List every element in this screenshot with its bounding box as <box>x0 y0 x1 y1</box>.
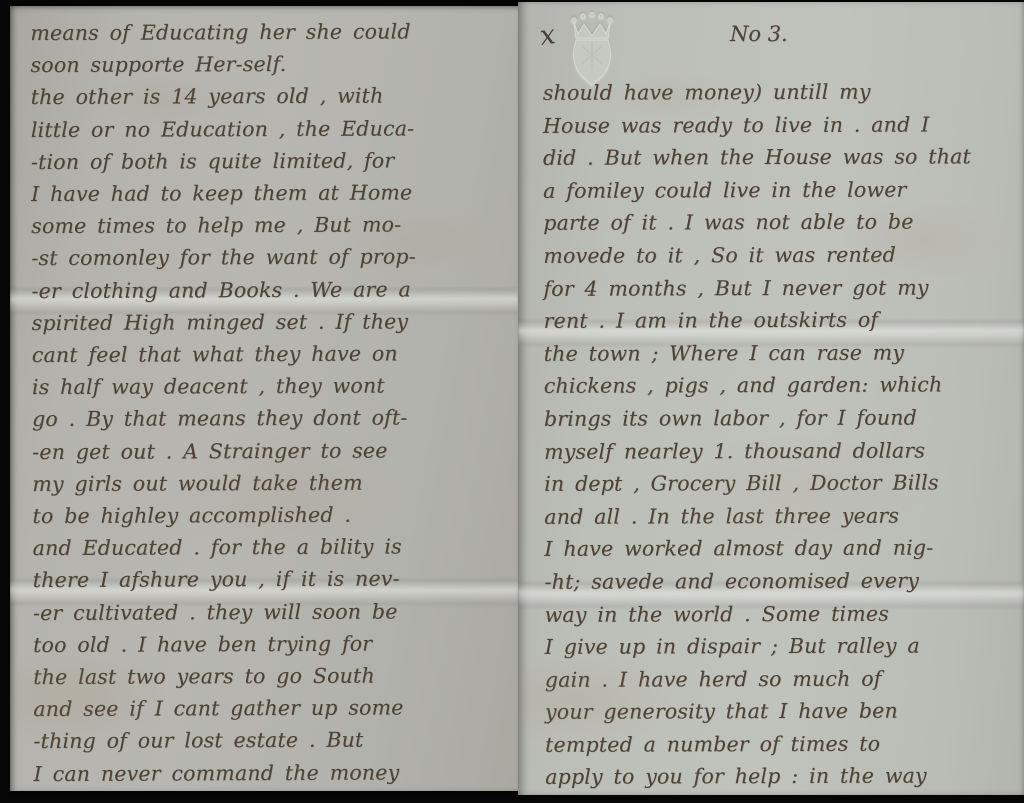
letter-page-left: means of Educating her she could soon su… <box>10 6 518 791</box>
page-number-header: No 3. <box>730 22 788 46</box>
right-page-handwriting: should have money) untill my House was r… <box>543 75 1022 794</box>
letter-page-right: x No 3. should have money) untill my Hou… <box>518 2 1024 795</box>
letter-scan: means of Educating her she could soon su… <box>0 0 1024 803</box>
left-page-handwriting: means of Educating her she could soon su… <box>30 15 515 790</box>
x-mark: x <box>538 19 557 52</box>
